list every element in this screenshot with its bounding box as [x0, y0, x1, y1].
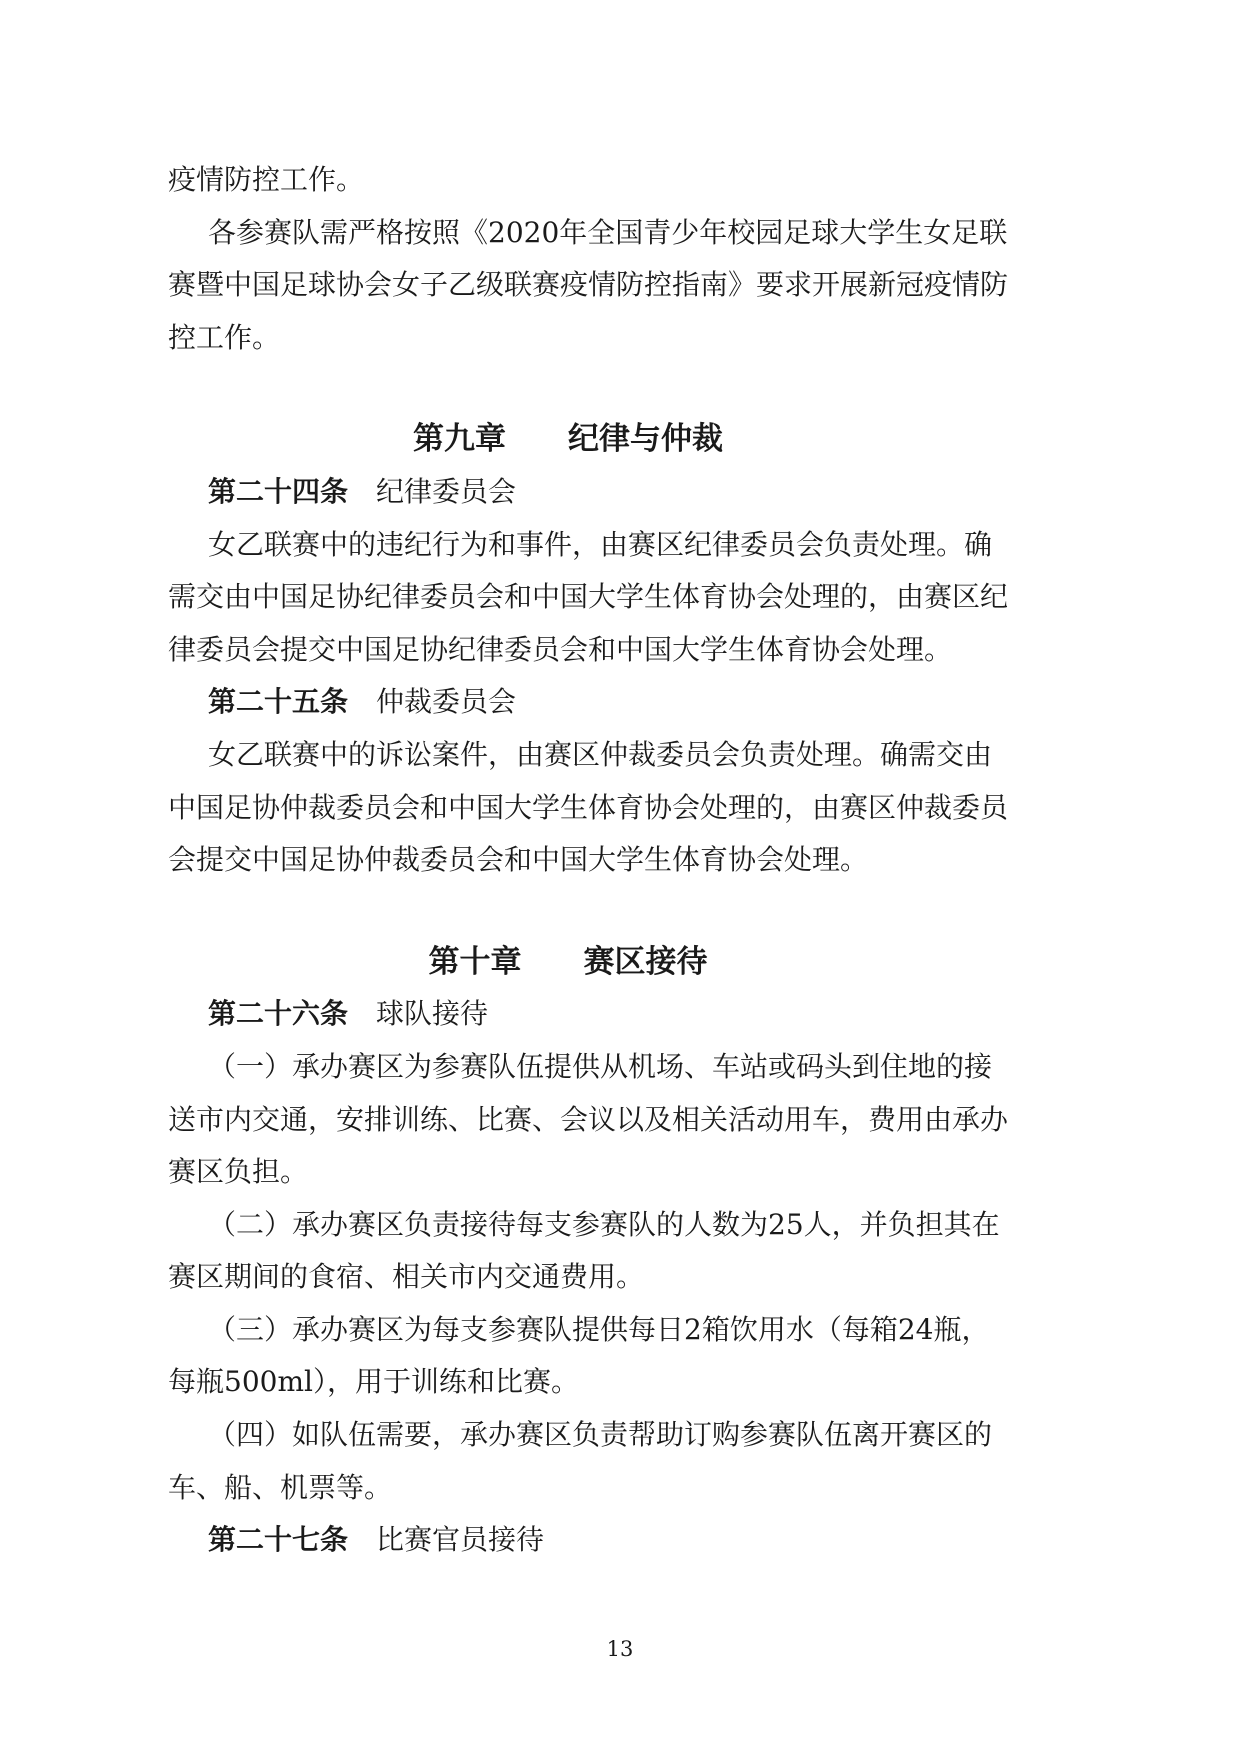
paragraph: 女乙联赛中的违纪行为和事件，由赛区纪律委员会负责处理。确需交由中国足协纪律委员会…: [168, 519, 968, 677]
article-heading: 第二十四条 纪律委员会: [168, 466, 968, 519]
text-run: 比赛官员接待: [348, 1523, 544, 1556]
text-line: 每瓶500ml），用于训练和比赛。: [168, 1356, 968, 1409]
text-line: 女乙联赛中的诉讼案件，由赛区仲裁委员会负责处理。确需交由: [168, 729, 968, 782]
paragraph: （四）如队伍需要，承办赛区负责帮助订购参赛队伍离开赛区的车、船、机票等。: [168, 1409, 968, 1514]
paragraph: （二）承办赛区负责接待每支参赛队的人数为25人，并负担其在赛区期间的食宿、相关市…: [168, 1199, 968, 1304]
text-run: （一）承办赛区为参赛队伍提供从机场、车站或码头到住地的接: [208, 1050, 992, 1083]
text-run: 各参赛队需严格按照《2020年全国青少年校园足球大学生女足联: [208, 216, 1007, 249]
text-line: 赛区期间的食宿、相关市内交通费用。: [168, 1251, 968, 1304]
text-line: 中国足协仲裁委员会和中国大学生体育协会处理的，由赛区仲裁委员: [168, 782, 968, 835]
text-line: 女乙联赛中的违纪行为和事件，由赛区纪律委员会负责处理。确: [168, 519, 968, 572]
text-line: 第二十五条 仲裁委员会: [168, 676, 968, 729]
text-run: 中国足协仲裁委员会和中国大学生体育协会处理的，由赛区仲裁委员: [168, 791, 1008, 824]
article-heading: 第二十五条 仲裁委员会: [168, 676, 968, 729]
text-run: 赛区负担。: [168, 1155, 308, 1188]
document-page: 疫情防控工作。各参赛队需严格按照《2020年全国青少年校园足球大学生女足联赛暨中…: [0, 0, 1240, 1754]
text-line: （四）如队伍需要，承办赛区负责帮助订购参赛队伍离开赛区的: [168, 1409, 968, 1462]
text-run: 送市内交通，安排训练、比赛、会议以及相关活动用车，费用由承办: [168, 1103, 1008, 1136]
text-run: 纪律委员会: [348, 475, 516, 508]
text-run: 赛区期间的食宿、相关市内交通费用。: [168, 1260, 644, 1293]
article-heading: 第二十六条 球队接待: [168, 988, 968, 1041]
text-run: （四）如队伍需要，承办赛区负责帮助订购参赛队伍离开赛区的: [208, 1418, 992, 1451]
paragraph: （一）承办赛区为参赛队伍提供从机场、车站或码头到住地的接送市内交通，安排训练、比…: [168, 1041, 968, 1199]
text-line: 第二十六条 球队接待: [168, 988, 968, 1041]
text-line: 第九章 纪律与仲裁: [168, 413, 968, 466]
text-line: 疫情防控工作。: [168, 154, 968, 207]
text-run: 每瓶500ml），用于训练和比赛。: [168, 1365, 579, 1398]
text-line: 需交由中国足协纪律委员会和中国大学生体育协会处理的，由赛区纪: [168, 571, 968, 624]
text-line: 第十章 赛区接待: [168, 936, 968, 989]
text-run: 球队接待: [348, 997, 488, 1030]
page-number: 13: [0, 1634, 1240, 1664]
paragraph: 女乙联赛中的诉讼案件，由赛区仲裁委员会负责处理。确需交由中国足协仲裁委员会和中国…: [168, 729, 968, 887]
text-line: 车、船、机票等。: [168, 1462, 968, 1515]
text-run: （三）承办赛区为每支参赛队提供每日2箱饮用水（每箱24瓶，: [208, 1313, 989, 1346]
article-heading: 第二十七条 比赛官员接待: [168, 1514, 968, 1567]
chapter-title: 第十章 赛区接待: [168, 936, 968, 989]
text-run: 疫情防控工作。: [168, 163, 364, 196]
text-run: 会提交中国足协仲裁委员会和中国大学生体育协会处理。: [168, 843, 868, 876]
text-run: 车、船、机票等。: [168, 1471, 392, 1504]
article-number: 第二十六条: [208, 997, 348, 1030]
text-line: 会提交中国足协仲裁委员会和中国大学生体育协会处理。: [168, 834, 968, 887]
text-run: 律委员会提交中国足协纪律委员会和中国大学生体育协会处理。: [168, 633, 952, 666]
text-line: 第二十七条 比赛官员接待: [168, 1514, 968, 1567]
text-line: 各参赛队需严格按照《2020年全国青少年校园足球大学生女足联: [168, 207, 968, 260]
article-number: 第十章 赛区接待: [429, 944, 708, 980]
paragraph: （三）承办赛区为每支参赛队提供每日2箱饮用水（每箱24瓶，每瓶500ml），用于…: [168, 1304, 968, 1409]
text-line: 控工作。: [168, 312, 968, 365]
text-line: 送市内交通，安排训练、比赛、会议以及相关活动用车，费用由承办: [168, 1094, 968, 1147]
article-number: 第九章 纪律与仲裁: [413, 421, 723, 457]
article-number: 第二十七条: [208, 1523, 348, 1556]
text-line: 第二十四条 纪律委员会: [168, 466, 968, 519]
article-number: 第二十五条: [208, 685, 348, 718]
text-run: 女乙联赛中的违纪行为和事件，由赛区纪律委员会负责处理。确: [208, 528, 992, 561]
text-line: 赛暨中国足球协会女子乙级联赛疫情防控指南》要求开展新冠疫情防: [168, 259, 968, 312]
article-number: 第二十四条: [208, 475, 348, 508]
text-line: 赛区负担。: [168, 1146, 968, 1199]
text-run: 仲裁委员会: [348, 685, 516, 718]
text-run: 女乙联赛中的诉讼案件，由赛区仲裁委员会负责处理。确需交由: [208, 738, 992, 771]
text-run: 控工作。: [168, 321, 280, 354]
text-run: 需交由中国足协纪律委员会和中国大学生体育协会处理的，由赛区纪: [168, 580, 1008, 613]
text-line: 律委员会提交中国足协纪律委员会和中国大学生体育协会处理。: [168, 624, 968, 677]
chapter-title: 第九章 纪律与仲裁: [168, 413, 968, 466]
text-run: 赛暨中国足球协会女子乙级联赛疫情防控指南》要求开展新冠疫情防: [168, 268, 1008, 301]
text-run: （二）承办赛区负责接待每支参赛队的人数为25人，并负担其在: [208, 1208, 1000, 1241]
text-line: （三）承办赛区为每支参赛队提供每日2箱饮用水（每箱24瓶，: [168, 1304, 968, 1357]
paragraph: 疫情防控工作。各参赛队需严格按照《2020年全国青少年校园足球大学生女足联赛暨中…: [168, 154, 968, 364]
document-body: 疫情防控工作。各参赛队需严格按照《2020年全国青少年校园足球大学生女足联赛暨中…: [168, 154, 968, 1567]
text-line: （一）承办赛区为参赛队伍提供从机场、车站或码头到住地的接: [168, 1041, 968, 1094]
text-line: （二）承办赛区负责接待每支参赛队的人数为25人，并负担其在: [168, 1199, 968, 1252]
